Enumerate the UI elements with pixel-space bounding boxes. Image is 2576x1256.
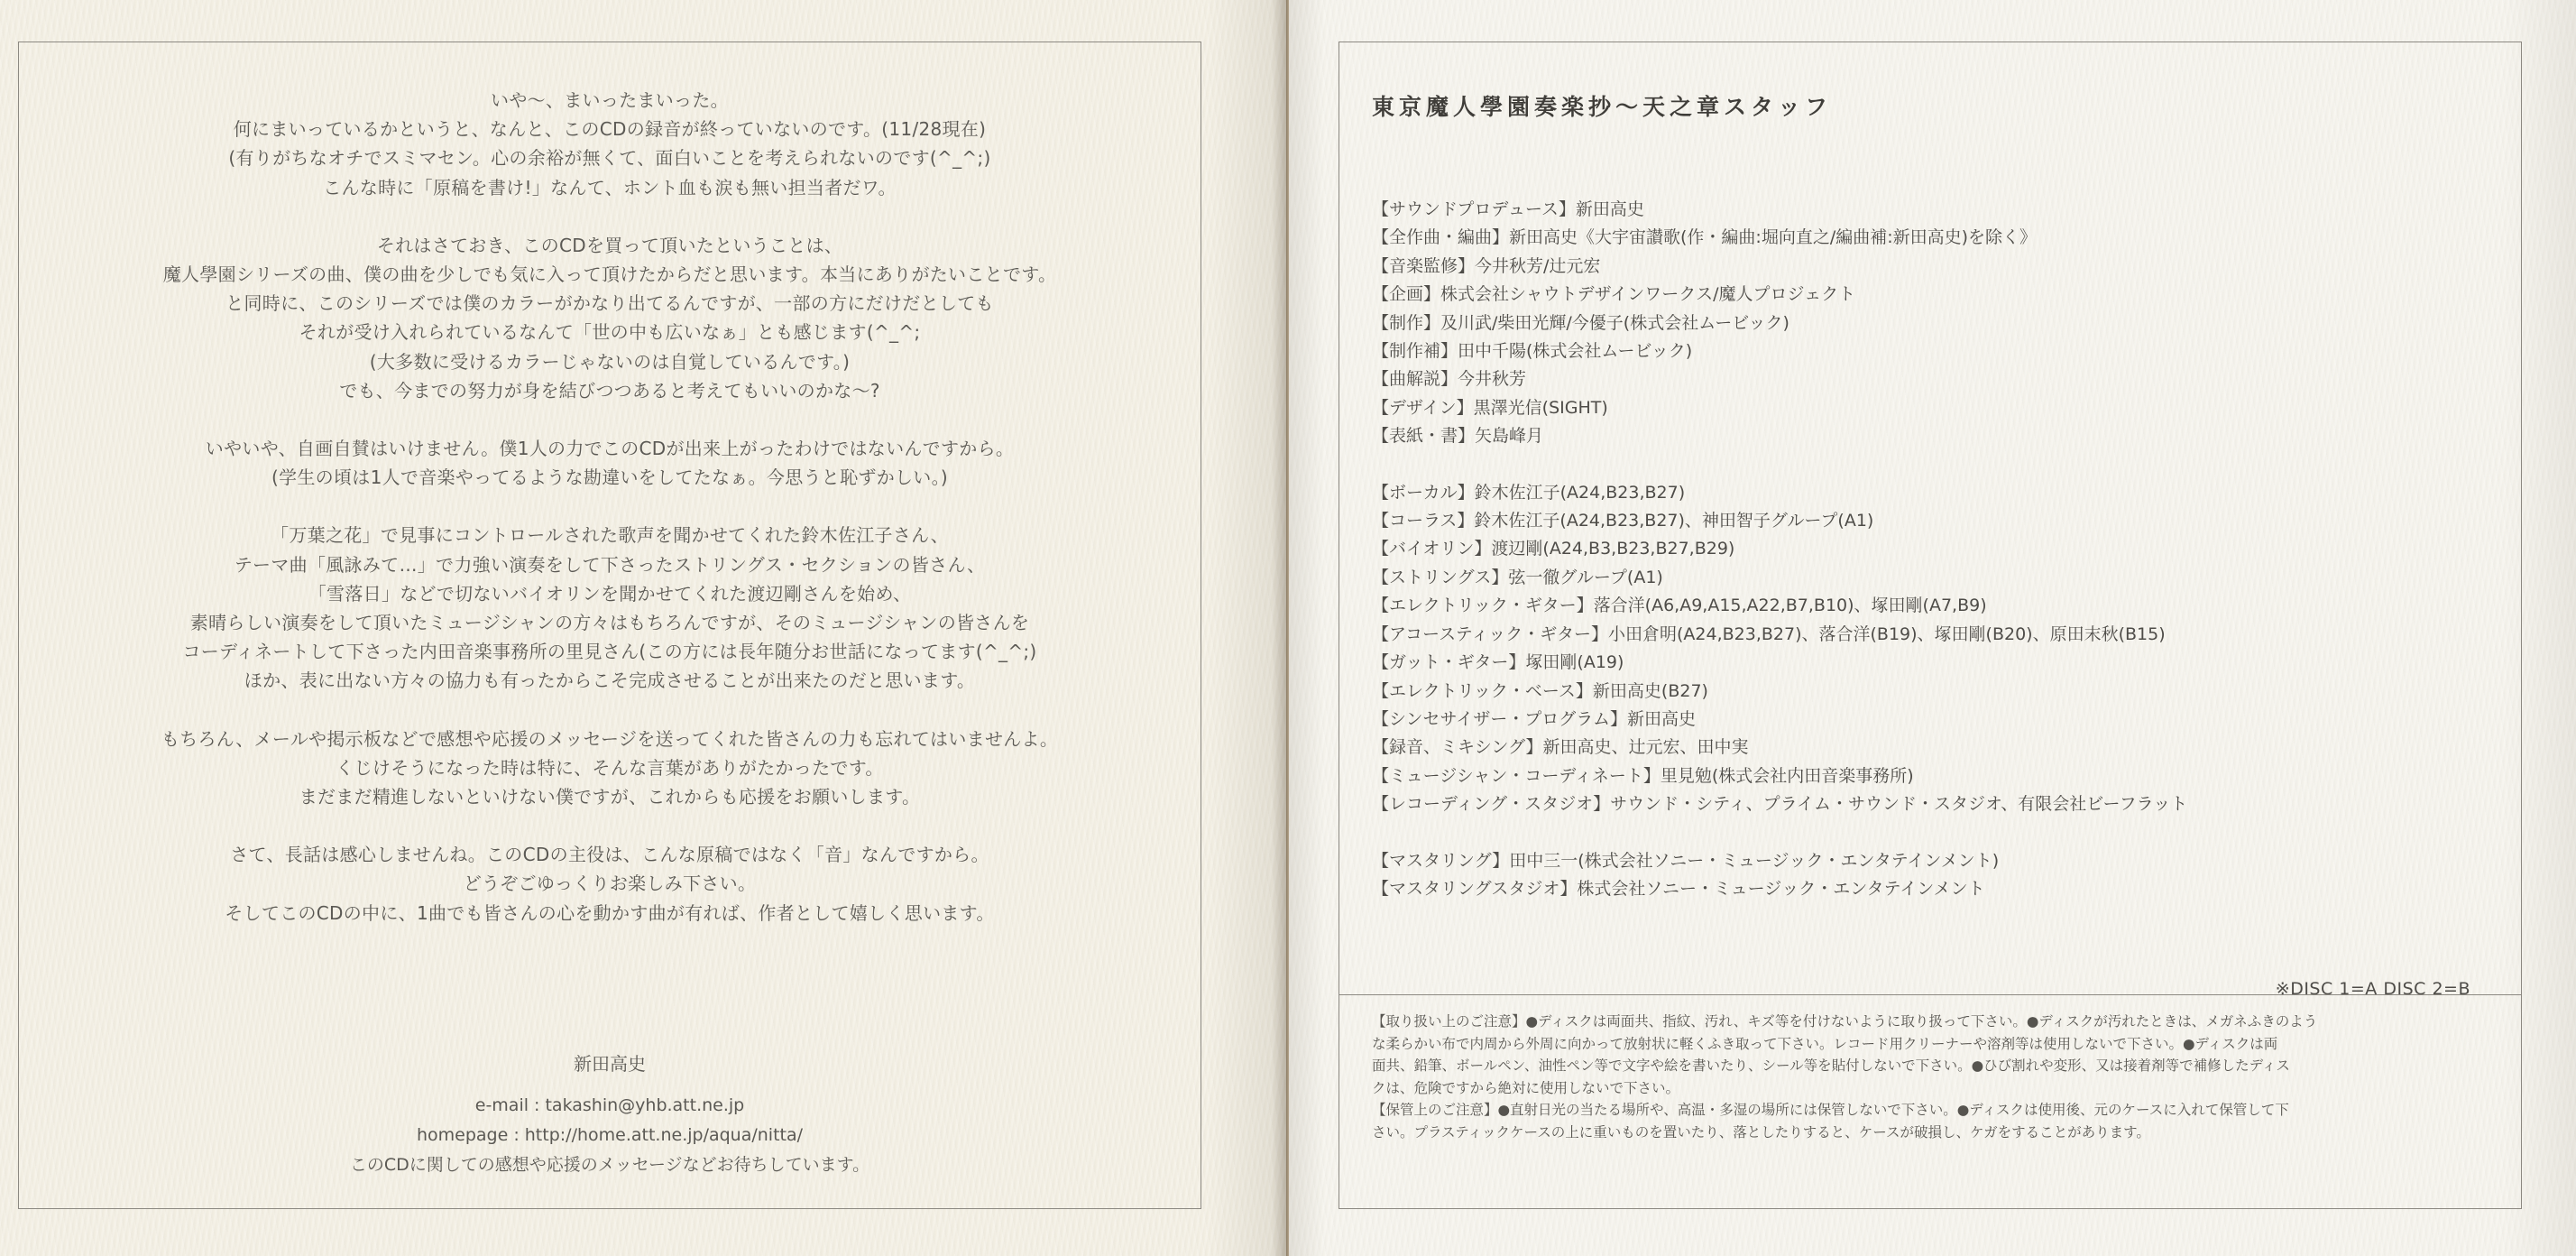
letter-line: こんな時に「原稿を書け!」なんて、ホント血も涙も無い担当者だワ。 (19, 173, 1201, 202)
letter-line: 「雪落日」などで切ないバイオリンを聞かせてくれた渡辺剛さんを始め、 (19, 579, 1201, 608)
staff-title: 東京魔人學園奏楽抄〜天之章スタッフ (1372, 89, 1832, 122)
credit-item: 【マスタリング】田中三一(株式会社ソニー・ミュージック・エンタテインメント) (1372, 847, 2187, 875)
credit-item: 【ガット・ギター】塚田剛(A19) (1372, 649, 2187, 677)
letter-line: 何にまいっているかというと、なんと、このCDの録音が終っていないのです。(11/… (19, 115, 1201, 143)
right-page-frame: 東京魔人學園奏楽抄〜天之章スタッフ 【サウンドプロデュース】新田高史 【全作曲・… (1339, 42, 2522, 1209)
letter-line: 魔人學園シリーズの曲、僕の曲を少しでも気に入って頂けたからだと思います。本当にあ… (19, 260, 1201, 289)
caution-line: クは、危険ですから絶対に使用しないで下さい。 (1372, 1077, 2485, 1100)
homepage-url: homepage : http://home.att.ne.jp/aqua/ni… (19, 1121, 1201, 1150)
caution-line: な柔らかい布で内周から外周に向かって放射状に軽くふき取って下さい。レコード用クリ… (1372, 1033, 2485, 1056)
disc-note: ※DISC 1=A DISC 2=B (2276, 979, 2470, 999)
page-edge-shadow (2504, 0, 2576, 1256)
letter-paragraph-5: もちろん、メールや掲示板などで感想や応援のメッセージを送ってくれた皆さんの力も忘… (19, 725, 1201, 812)
letter-line: そしてこのCDの中に、1曲でも皆さんの心を動かす曲が有れば、作者として嬉しく思い… (19, 899, 1201, 928)
credit-item: 【バイオリン】渡辺剛(A24,B3,B23,B27,B29) (1372, 535, 2187, 563)
letter-line: でも、今までの努力が身を結びつつあると考えてもいいのかな〜? (19, 376, 1201, 405)
credit-item: 【表紙・書】矢島峰月 (1372, 422, 2187, 450)
left-page: いや〜、まいったまいった。 何にまいっているかというと、なんと、このCDの録音が… (0, 0, 1288, 1256)
feedback-message: このCDに関しての感想や応援のメッセージなどお待ちしています。 (19, 1150, 1201, 1180)
credit-item: 【ボーカル】鈴木佐江子(A24,B23,B27) (1372, 479, 2187, 507)
letter-line: いや〜、まいったまいった。 (19, 86, 1201, 115)
letter-line: それが受け入れられているなんて「世の中も広いなぁ」とも感じます(^_^; (19, 318, 1201, 346)
credit-item: 【レコーディング・スタジオ】サウンド・シティ、プライム・サウンド・スタジオ、有限… (1372, 790, 2187, 818)
letter-line: コーディネートして下さった内田音楽事務所の里見さん(この方には長年随分お世話にな… (19, 637, 1201, 666)
credit-item: 【アコースティック・ギター】小田倉明(A24,B23,B27)、落合洋(B19)… (1372, 621, 2187, 649)
caution-line: 【保管上のご注意】●直射日光の当たる場所や、高温・多湿の場所には保管しないで下さ… (1372, 1099, 2485, 1122)
composer-letter: いや〜、まいったまいった。 何にまいっているかというと、なんと、このCDの録音が… (19, 86, 1201, 956)
letter-line: ほか、表に出ない方々の協力も有ったからこそ完成させることが出来たのだと思います。 (19, 666, 1201, 695)
caution-line: 【取り扱い上のご注意】●ディスクは両面共、指紋、汚れ、キズ等を付けないように取り… (1372, 1011, 2485, 1033)
caution-line: さい。プラスティックケースの上に重いものを置いたり、落としたりすると、ケースが破… (1372, 1122, 2485, 1144)
letter-paragraph-1: いや〜、まいったまいった。 何にまいっているかというと、なんと、このCDの録音が… (19, 86, 1201, 202)
letter-line: まだまだ精進しないといけない僕ですが、これからも応援をお願いします。 (19, 782, 1201, 811)
credit-item: 【ミュージシャン・コーディネート】里見勉(株式会社内田音楽事務所) (1372, 762, 2187, 790)
credit-item: 【ストリングス】弦一徹グループ(A1) (1372, 564, 2187, 592)
letter-line: と同時に、このシリーズでは僕のカラーがかなり出てるんですが、一部の方にだけだとし… (19, 289, 1201, 318)
letter-line: くじけそうになった時は特に、そんな言葉がありがたかったです。 (19, 753, 1201, 782)
caution-line: 面共、鉛筆、ボールペン、油性ペン等で文字や絵を書いたり、シール等を貼付しないで下… (1372, 1055, 2485, 1077)
letter-line: もちろん、メールや掲示板などで感想や応援のメッセージを送ってくれた皆さんの力も忘… (19, 725, 1201, 753)
letter-line: テーマ曲「風詠みて…」で力強い演奏をして下さったストリングス・セクションの皆さん… (19, 550, 1201, 579)
email-address: e-mail : takashin@yhb.att.ne.jp (19, 1091, 1201, 1121)
letter-line: 素晴らしい演奏をして頂いたミュージシャンの方々はもちろんですが、そのミュージシャ… (19, 608, 1201, 637)
credit-item: 【サウンドプロデュース】新田高史 (1372, 196, 2187, 224)
letter-line: さて、長話は感心しませんね。このCDの主役は、こんな原稿ではなく「音」なんですか… (19, 840, 1201, 869)
letter-line: (有りがちなオチでスミマセン。心の余裕が無くて、面白いことを考えられないのです(… (19, 143, 1201, 172)
credit-spacer (1372, 819, 2187, 847)
booklet-spread: いや〜、まいったまいった。 何にまいっているかというと、なんと、このCDの録音が… (0, 0, 2576, 1256)
section-divider (1339, 994, 2521, 995)
letter-paragraph-4: 「万葉之花」で見事にコントロールされた歌声を聞かせてくれた鈴木佐江子さん、 テー… (19, 521, 1201, 695)
letter-line: どうぞごゆっくりお楽しみ下さい。 (19, 869, 1201, 898)
signature: 新田高史 (19, 1049, 1201, 1076)
handling-cautions: 【取り扱い上のご注意】●ディスクは両面共、指紋、汚れ、キズ等を付けないように取り… (1372, 1011, 2485, 1143)
right-page: 東京魔人學園奏楽抄〜天之章スタッフ 【サウンドプロデュース】新田高史 【全作曲・… (1288, 0, 2576, 1256)
fold-shadow (1207, 0, 1288, 1256)
credit-item: 【エレクトリック・ベース】新田高史(B27) (1372, 678, 2187, 706)
staff-credits: 【サウンドプロデュース】新田高史 【全作曲・編曲】新田高史《大宇宙讃歌(作・編曲… (1372, 196, 2187, 903)
credit-spacer (1372, 451, 2187, 479)
credit-item: 【制作補】田中千陽(株式会社ムービック) (1372, 337, 2187, 365)
credit-item: 【企画】株式会社シャウトデザインワークス/魔人プロジェクト (1372, 281, 2187, 309)
credit-item: 【コーラス】鈴木佐江子(A24,B23,B27)、神田智子グループ(A1) (1372, 507, 2187, 535)
letter-line: それはさておき、このCDを買って頂いたということは、 (19, 231, 1201, 260)
credit-item: 【デザイン】黒澤光信(SIGHT) (1372, 394, 2187, 422)
credit-item: 【録音、ミキシング】新田高史、辻元宏、田中実 (1372, 734, 2187, 762)
letter-paragraph-6: さて、長話は感心しませんね。このCDの主役は、こんな原稿ではなく「音」なんですか… (19, 840, 1201, 928)
credit-item: 【マスタリングスタジオ】株式会社ソニー・ミュージック・エンタテインメント (1372, 875, 2187, 903)
fold-shadow (1288, 0, 1324, 1256)
credit-item: 【音楽監修】今井秋芳/辻元宏 (1372, 253, 2187, 281)
credit-item: 【シンセサイザー・プログラム】新田高史 (1372, 706, 2187, 734)
letter-paragraph-3: いやいや、自画自賛はいけません。僕1人の力でこのCDが出来上がったわけではないん… (19, 434, 1201, 492)
contact-info: e-mail : takashin@yhb.att.ne.jp homepage… (19, 1091, 1201, 1180)
credit-item: 【エレクトリック・ギター】落合洋(A6,A9,A15,A22,B7,B10)、塚… (1372, 592, 2187, 620)
letter-paragraph-2: それはさておき、このCDを買って頂いたということは、 魔人學園シリーズの曲、僕の… (19, 231, 1201, 405)
credit-item: 【曲解説】今井秋芳 (1372, 365, 2187, 393)
center-fold (1286, 0, 1289, 1256)
left-page-frame: いや〜、まいったまいった。 何にまいっているかというと、なんと、このCDの録音が… (18, 42, 1201, 1209)
credit-item: 【制作】及川武/柴田光輝/今優子(株式会社ムービック) (1372, 309, 2187, 337)
letter-line: (大多数に受けるカラーじゃないのは自覚しているんです。) (19, 347, 1201, 376)
letter-line: いやいや、自画自賛はいけません。僕1人の力でこのCDが出来上がったわけではないん… (19, 434, 1201, 463)
credit-item: 【全作曲・編曲】新田高史《大宇宙讃歌(作・編曲:堀向直之/編曲補:新田高史)を除… (1372, 224, 2187, 252)
letter-line: 「万葉之花」で見事にコントロールされた歌声を聞かせてくれた鈴木佐江子さん、 (19, 521, 1201, 549)
letter-line: (学生の頃は1人で音楽やってるような勘違いをしてたなぁ。今思うと恥ずかしい。) (19, 463, 1201, 492)
